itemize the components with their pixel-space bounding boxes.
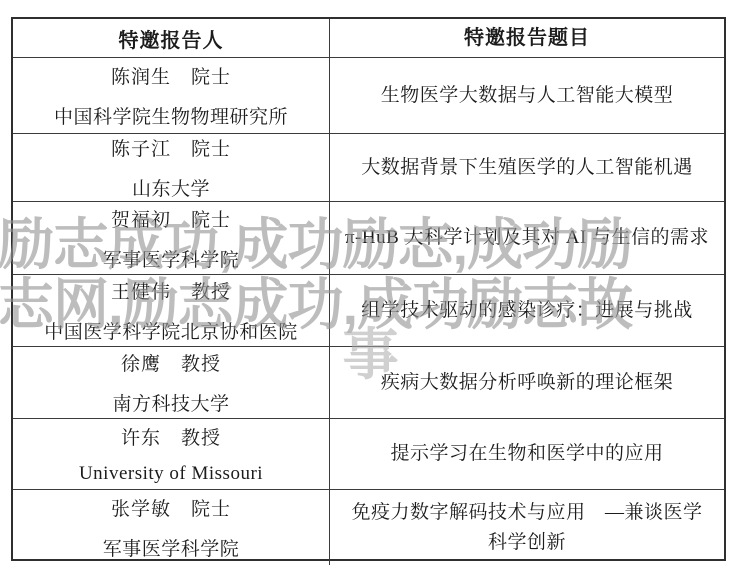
table-row: 张学敏 院士 军事医学科学院 免疫力数字解码技术与应用 —兼谈医学 科学创新	[13, 490, 724, 565]
speaker-affiliation: 中国医学科学院北京协和医院	[44, 317, 298, 344]
talk-title: 提示学习在生物和医学中的应用	[330, 419, 724, 489]
talk-title: 组学技术驱动的感染诊疗：进展与挑战	[330, 275, 724, 346]
speaker-cell: 陈润生 院士 中国科学院生物物理研究所	[13, 58, 330, 133]
speaker-cell: 陈子江 院士 山东大学	[13, 134, 330, 201]
speaker-name: 许东 教授	[121, 423, 221, 450]
table-row: 许东 教授 University of Missouri 提示学习在生物和医学中…	[13, 419, 724, 490]
speaker-cell: 徐鹰 教授 南方科技大学	[13, 347, 330, 418]
speaker-affiliation: 军事医学科学院	[103, 245, 240, 272]
talk-title: 大数据背景下生殖医学的人工智能机遇	[330, 134, 724, 201]
table-row: 贺福初 院士 军事医学科学院 π-HuB 大科学计划及其对 AI 与生信的需求	[13, 202, 724, 275]
speaker-affiliation: 中国科学院生物物理研究所	[54, 102, 288, 129]
speaker-name: 王健伟 教授	[111, 277, 231, 304]
table-row: 陈子江 院士 山东大学 大数据背景下生殖医学的人工智能机遇	[13, 134, 724, 202]
table-row: 陈润生 院士 中国科学院生物物理研究所 生物医学大数据与人工智能大模型	[13, 58, 724, 134]
talk-title: 疾病大数据分析呼唤新的理论框架	[330, 347, 724, 418]
speaker-name: 徐鹰 教授	[121, 349, 221, 376]
table-row: 徐鹰 教授 南方科技大学 疾病大数据分析呼唤新的理论框架	[13, 347, 724, 419]
speaker-affiliation: 军事医学科学院	[103, 534, 240, 561]
header-title: 特邀报告题目	[330, 19, 724, 57]
talk-title: 生物医学大数据与人工智能大模型	[330, 58, 724, 133]
speaker-name: 贺福初 院士	[111, 205, 231, 232]
speaker-cell: 许东 教授 University of Missouri	[13, 419, 330, 489]
speaker-name: 张学敏 院士	[111, 494, 231, 521]
invited-speakers-table: 特邀报告人 特邀报告题目 陈润生 院士 中国科学院生物物理研究所 生物医学大数据…	[11, 17, 726, 561]
talk-title: π-HuB 大科学计划及其对 AI 与生信的需求	[330, 202, 724, 274]
talk-title: 免疫力数字解码技术与应用 —兼谈医学 科学创新	[330, 490, 724, 565]
document-page: 特邀报告人 特邀报告题目 陈润生 院士 中国科学院生物物理研究所 生物医学大数据…	[0, 0, 740, 577]
header-speaker: 特邀报告人	[13, 19, 330, 57]
speaker-cell: 张学敏 院士 军事医学科学院	[13, 490, 330, 565]
speaker-affiliation: 山东大学	[132, 174, 210, 201]
speaker-cell: 贺福初 院士 军事医学科学院	[13, 202, 330, 274]
speaker-cell: 王健伟 教授 中国医学科学院北京协和医院	[13, 275, 330, 346]
speaker-name: 陈润生 院士	[111, 62, 231, 89]
table-header-row: 特邀报告人 特邀报告题目	[13, 19, 724, 58]
speaker-affiliation: University of Missouri	[79, 463, 263, 485]
table-row: 王健伟 教授 中国医学科学院北京协和医院 组学技术驱动的感染诊疗：进展与挑战	[13, 275, 724, 347]
speaker-name: 陈子江 院士	[111, 134, 231, 161]
speaker-affiliation: 南方科技大学	[112, 389, 229, 416]
